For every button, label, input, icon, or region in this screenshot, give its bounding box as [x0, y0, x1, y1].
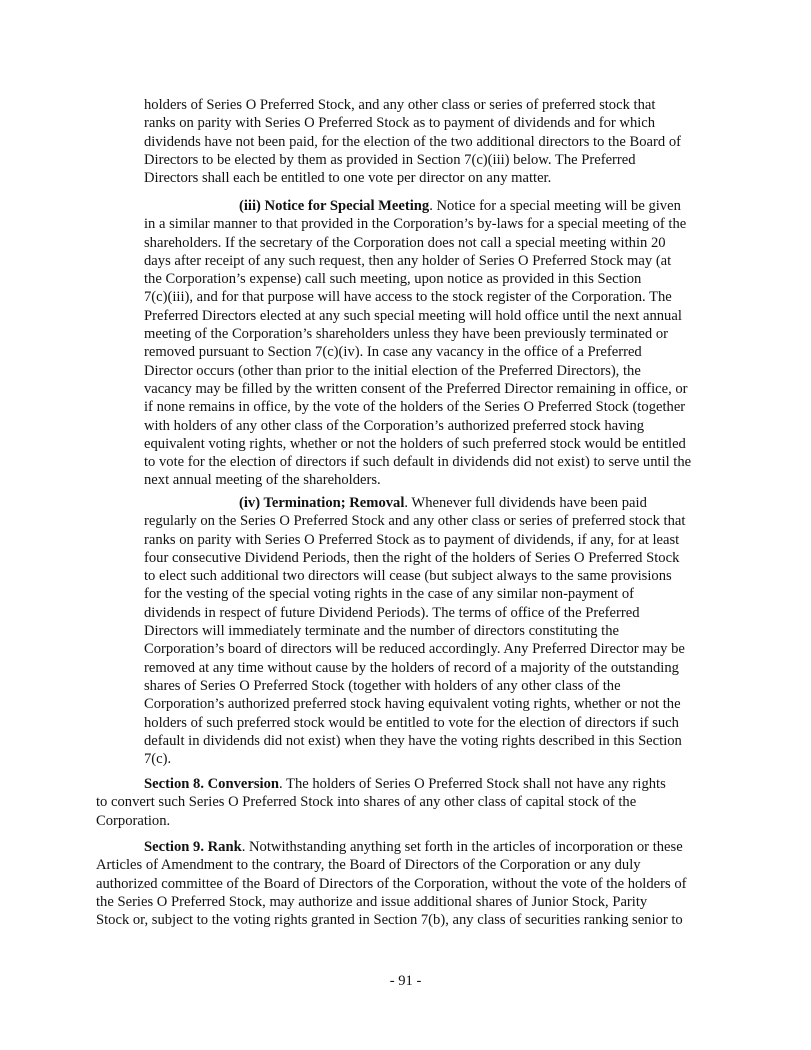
- text-run: . Whenever full dividends have been paid: [404, 495, 646, 511]
- text-line: ranks on parity with Series O Preferred …: [144, 114, 681, 132]
- paragraph-termination-removal: (iv) Termination; Removal. Whenever full…: [144, 494, 685, 768]
- text-line: Director occurs (other than prior to the…: [144, 362, 691, 380]
- text-line: shares of Series O Preferred Stock (toge…: [144, 677, 685, 695]
- text-line: 7(c)(iii), and for that purpose will hav…: [144, 288, 691, 306]
- text-line: with holders of any other class of the C…: [144, 417, 691, 435]
- text-line: regularly on the Series O Preferred Stoc…: [144, 512, 685, 530]
- text-line: Corporation.: [96, 812, 666, 830]
- paragraph-first-line: Section 8. Conversion. The holders of Se…: [96, 775, 666, 793]
- text-line: ranks on parity with Series O Preferred …: [144, 531, 685, 549]
- section-heading: Section 9. Rank: [144, 839, 242, 855]
- text-line: holders of such preferred stock would be…: [144, 714, 685, 732]
- paragraph-first-line: (iv) Termination; Removal. Whenever full…: [144, 494, 685, 512]
- paragraph-section-9-rank: Section 9. Rank. Notwithstanding anythin…: [96, 838, 686, 929]
- text-line: Directors shall each be entitled to one …: [144, 169, 681, 187]
- text-line: to convert such Series O Preferred Stock…: [96, 793, 666, 811]
- text-line: holders of Series O Preferred Stock, and…: [144, 96, 681, 114]
- text-line: days after receipt of any such request, …: [144, 252, 691, 270]
- paragraph-first-line: Section 9. Rank. Notwithstanding anythin…: [96, 838, 686, 856]
- text-line: 7(c).: [144, 750, 685, 768]
- text-line: the Series O Preferred Stock, may author…: [96, 893, 686, 911]
- text-line: vacancy may be filled by the written con…: [144, 380, 691, 398]
- text-line: Articles of Amendment to the contrary, t…: [96, 856, 686, 874]
- text-line: to vote for the election of directors if…: [144, 453, 691, 471]
- paragraph-notice-special-meeting: (iii) Notice for Special Meeting. Notice…: [144, 197, 691, 490]
- text-line: removed pursuant to Section 7(c)(iv). In…: [144, 343, 691, 361]
- subsection-heading: (iv) Termination; Removal: [239, 495, 404, 511]
- text-line: dividends in respect of future Dividend …: [144, 604, 685, 622]
- text-line: Corporation’s authorized preferred stock…: [144, 695, 685, 713]
- text-line: to elect such additional two directors w…: [144, 567, 685, 585]
- text-line: if none remains in office, by the vote o…: [144, 398, 691, 416]
- text-line: shareholders. If the secretary of the Co…: [144, 234, 691, 252]
- text-line: default in dividends did not exist) when…: [144, 732, 685, 750]
- text-run: . Notice for a special meeting will be g…: [429, 198, 681, 214]
- text-line: Preferred Directors elected at any such …: [144, 307, 691, 325]
- text-line: meeting of the Corporation’s shareholder…: [144, 325, 691, 343]
- paragraph-first-line: (iii) Notice for Special Meeting. Notice…: [144, 197, 691, 215]
- text-line: Directors will immediately terminate and…: [144, 622, 685, 640]
- text-line: the Corporation’s expense) call such mee…: [144, 270, 691, 288]
- text-line: dividends have not been paid, for the el…: [144, 133, 681, 151]
- text-line: four consecutive Dividend Periods, then …: [144, 549, 685, 567]
- text-line: for the vesting of the special voting ri…: [144, 585, 685, 603]
- text-line: next annual meeting of the shareholders.: [144, 471, 691, 489]
- paragraph-continuation: holders of Series O Preferred Stock, and…: [144, 96, 681, 187]
- text-line: removed at any time without cause by the…: [144, 659, 685, 677]
- text-run: . The holders of Series O Preferred Stoc…: [279, 776, 666, 792]
- text-line: authorized committee of the Board of Dir…: [96, 875, 686, 893]
- document-page: holders of Series O Preferred Stock, and…: [0, 0, 811, 1050]
- subsection-heading: (iii) Notice for Special Meeting: [239, 198, 429, 214]
- text-line: Directors to be elected by them as provi…: [144, 151, 681, 169]
- paragraph-section-8-conversion: Section 8. Conversion. The holders of Se…: [96, 775, 666, 830]
- page-number: - 91 -: [0, 972, 811, 990]
- text-line: Corporation’s board of directors will be…: [144, 640, 685, 658]
- text-run: . Notwithstanding anything set forth in …: [242, 839, 683, 855]
- section-heading: Section 8. Conversion: [144, 776, 279, 792]
- text-line: Stock or, subject to the voting rights g…: [96, 911, 686, 929]
- text-line: equivalent voting rights, whether or not…: [144, 435, 691, 453]
- text-line: in a similar manner to that provided in …: [144, 215, 691, 233]
